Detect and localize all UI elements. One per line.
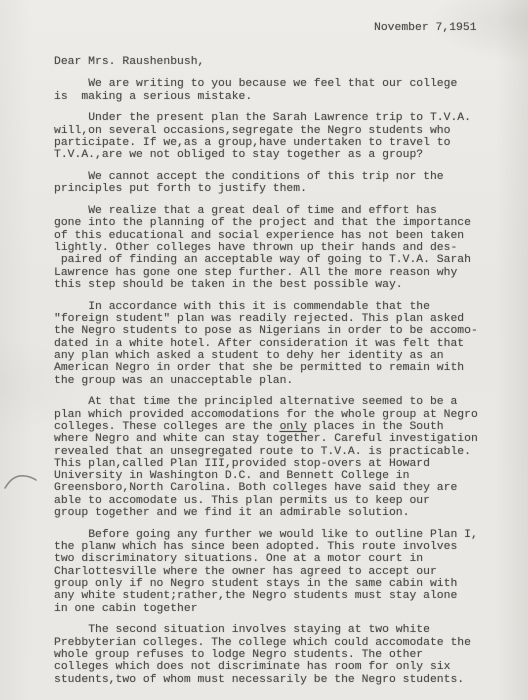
paragraph-3: We cannot accept the conditions of this … (54, 171, 494, 196)
pencil-margin-mark (3, 471, 39, 493)
letter-page: November 7,1951 Dear Mrs. Raushenbush, W… (0, 0, 528, 700)
paragraph-8: The second situation involves staying at… (54, 624, 494, 685)
underlined-word-only: only (280, 421, 307, 433)
letter-body: Dear Mrs. Raushenbush, We are writing to… (54, 56, 494, 695)
date-line: November 7,1951 (374, 22, 477, 34)
paragraph-1: We are writing to you because we feel th… (54, 78, 494, 103)
paragraph-4: We realize that a great deal of time and… (54, 205, 494, 291)
paragraph-6-post: places in the South where Negro and whit… (54, 421, 478, 519)
paragraph-5: In accordance with this it is commendabl… (54, 301, 494, 387)
paragraph-7: Before going any further we would like t… (54, 529, 494, 615)
salutation: Dear Mrs. Raushenbush, (54, 56, 494, 68)
paragraph-2: Under the present plan the Sarah Lawrenc… (54, 112, 494, 161)
paragraph-6: At that time the principled alternative … (54, 396, 494, 519)
